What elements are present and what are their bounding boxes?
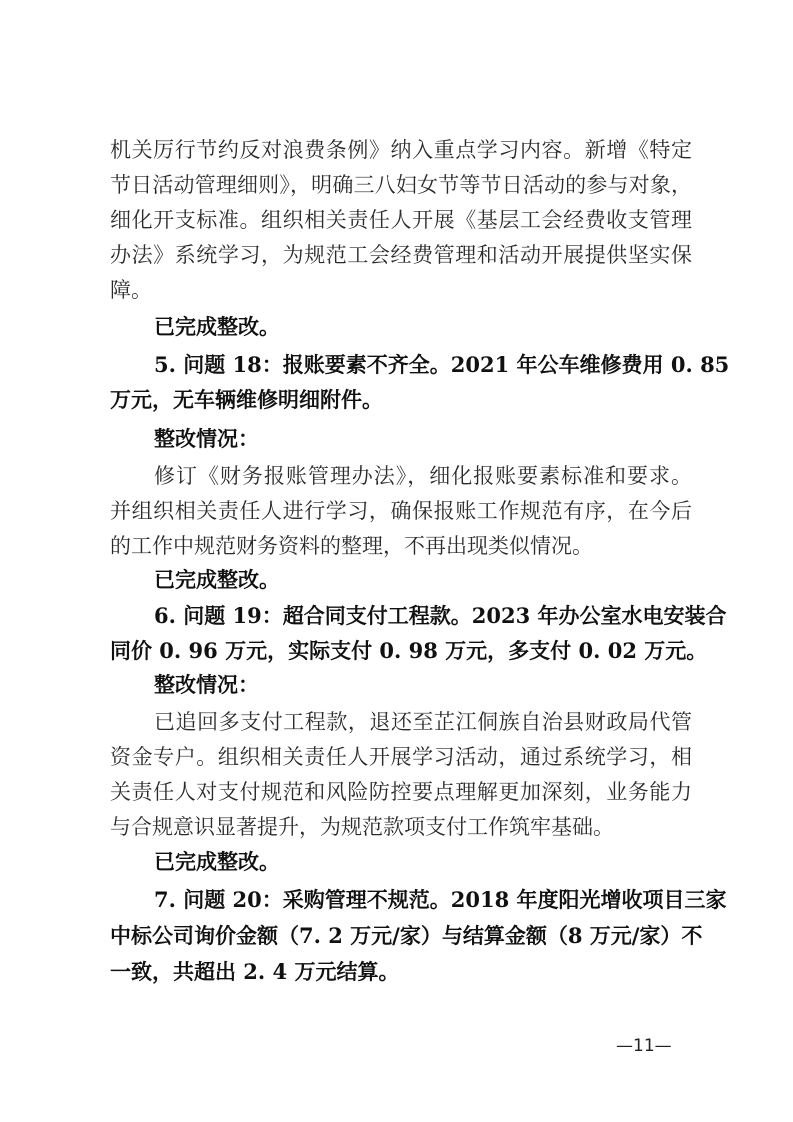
- paragraph-line: 的工作中规范财务资料的整理，不再出现类似情况。: [110, 529, 593, 563]
- paragraph-line: 机关厉行节约反对浪费条例》纳入重点学习内容。新增《特定: [110, 133, 692, 167]
- completion-status: 已完成整改。: [154, 310, 280, 344]
- paragraph-line: 关责任人对支付规范和风险防控要点理解更加深刻，业务能力: [110, 775, 692, 809]
- rectification-label: 整改情况：: [154, 422, 259, 456]
- completion-status: 已完成整改。: [154, 845, 280, 879]
- document-page: 机关厉行节约反对浪费条例》纳入重点学习内容。新增《特定 节日活动管理细则》，明确…: [0, 0, 793, 1122]
- rectification-label: 整改情况：: [154, 668, 259, 702]
- paragraph-line: 修订《财务报账管理办法》，细化报账要素标准和要求。: [154, 459, 692, 493]
- paragraph-line: 资金专户。组织相关责任人开展学习活动，通过系统学习，相: [110, 740, 692, 774]
- issue-heading: 6. 问题 19：超合同支付工程款。2023 年办公室水电安装合: [154, 599, 692, 633]
- issue-heading: 5. 问题 18：报账要素不齐全。2021 年公车维修费用 0. 85: [154, 348, 692, 382]
- paragraph-line: 节日活动管理细则》，明确三八妇女节等节日活动的参与对象，: [110, 168, 692, 202]
- issue-heading: 万元，无车辆维修明细附件。: [110, 383, 383, 417]
- paragraph-line: 细化开支标准。组织相关责任人开展《基层工会经费收支管理: [110, 203, 692, 237]
- paragraph-line: 并组织相关责任人进行学习，确保报账工作规范有序，在今后: [110, 494, 692, 528]
- paragraph-line: 与合规意识显著提升，为规范款项支付工作筑牢基础。: [110, 810, 614, 844]
- issue-heading: 同价 0. 96 万元，实际支付 0. 98 万元，多支付 0. 02 万元。: [110, 634, 707, 668]
- issue-heading: 7. 问题 20：采购管理不规范。2018 年度阳光增收项目三家: [154, 883, 692, 917]
- paragraph-line: 已追回多支付工程款，退还至芷江侗族自治县财政局代管: [154, 705, 692, 739]
- completion-status: 已完成整改。: [154, 563, 280, 597]
- page-number: —11—: [616, 1036, 672, 1056]
- issue-heading: 一致，共超出 2. 4 万元结算。: [110, 955, 399, 989]
- paragraph-line: 办法》系统学习，为规范工会经费管理和活动开展提供坚实保: [110, 238, 692, 272]
- paragraph-line: 障。: [110, 273, 152, 307]
- issue-heading: 中标公司询价金额（7. 2 万元/家）与结算金额（8 万元/家）不: [110, 919, 692, 953]
